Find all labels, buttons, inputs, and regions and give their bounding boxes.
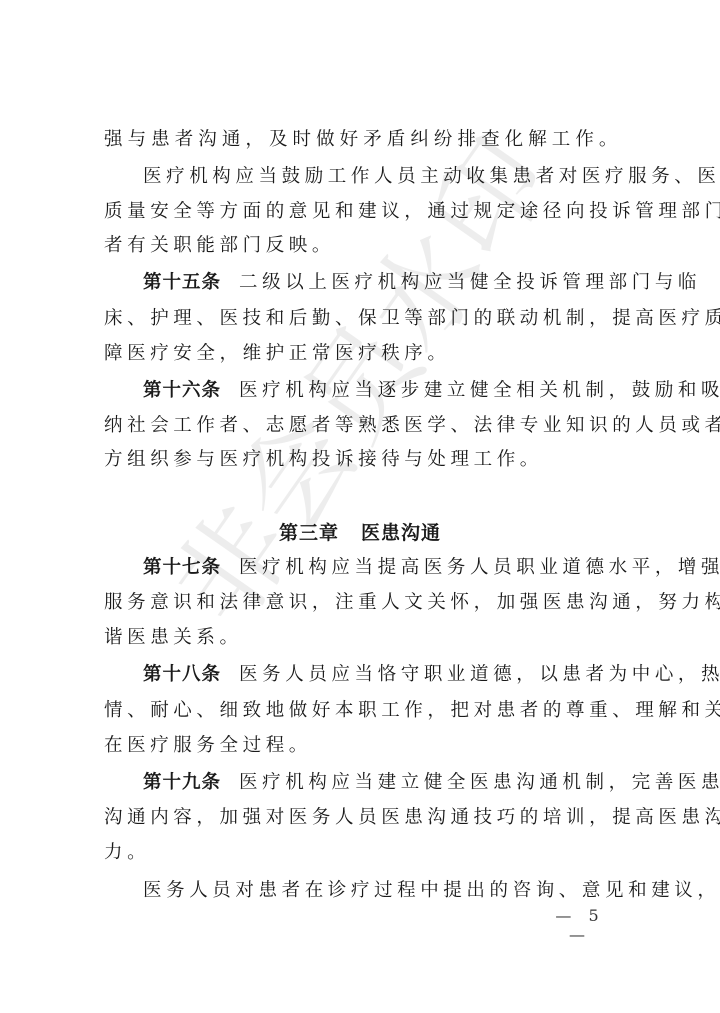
text-line: 服务意识和法律意识，注重人文关怀，加强医患沟通，努力构建和 [104,588,622,618]
text-line: 医务人员对患者在诊疗过程中提出的咨询、意见和建议，应当 [143,876,622,906]
article-text: 医疗机构应当建立健全医患沟通机制，完善医患 [239,772,720,793]
text-line: 情、耐心、细致地做好本职工作，把对患者的尊重、理解和关怀体现 [104,696,622,726]
text-line: 沟通内容，加强对医务人员医患沟通技巧的培训，提高医患沟通能 [104,803,622,833]
article-number: 第十七条 [143,557,221,578]
article-19-line: 第十九条医疗机构应当建立健全医患沟通机制，完善医患 [143,768,622,798]
article-number: 第十九条 [143,772,221,793]
chapter-title: 医患沟通 [361,522,441,544]
text-line: 力。 [104,838,622,868]
article-17-line: 第十七条医疗机构应当提高医务人员职业道德水平，增强 [143,553,622,583]
article-text: 医疗机构应当逐步建立健全相关机制，鼓励和吸 [239,380,720,401]
text-line: 纳社会工作者、志愿者等熟悉医学、法律专业知识的人员或者第三 [104,411,622,441]
text-line: 方组织参与医疗机构投诉接待与处理工作。 [104,445,622,475]
chapter-heading: 第三章医患沟通 [0,518,720,545]
article-15-line: 第十五条二级以上医疗机构应当健全投诉管理部门与临 [143,268,622,298]
article-number: 第十五条 [143,272,221,293]
article-18-line: 第十八条医务人员应当恪守职业道德，以患者为中心，热 [143,660,622,690]
chapter-number: 第三章 [279,522,339,544]
article-text: 医务人员应当恪守职业道德，以患者为中心，热 [239,664,720,685]
document-page: 非会员水印 强与患者沟通，及时做好矛盾纠纷排查化解工作。 医疗机构应当鼓励工作人… [0,0,720,1013]
article-number: 第十六条 [143,380,221,401]
text-line: 医疗机构应当鼓励工作人员主动收集患者对医疗服务、医疗 [143,162,622,192]
article-number: 第十八条 [143,664,221,685]
text-line: 在医疗服务全过程。 [104,731,622,761]
text-line: 障医疗安全，维护正常医疗秩序。 [104,339,622,369]
page-number: — 5 — [540,906,620,944]
text-line: 质量安全等方面的意见和建议，通过规定途径向投诉管理部门或 [104,197,622,227]
text-line: 强与患者沟通，及时做好矛盾纠纷排查化解工作。 [104,125,622,155]
article-16-line: 第十六条医疗机构应当逐步建立健全相关机制，鼓励和吸 [143,376,622,406]
text-line: 谐医患关系。 [104,623,622,653]
article-text: 医疗机构应当提高医务人员职业道德水平，增强 [239,557,720,578]
text-line: 者有关职能部门反映。 [104,231,622,261]
text-line: 床、护理、医技和后勤、保卫等部门的联动机制，提高医疗质量，保 [104,304,622,334]
article-text: 二级以上医疗机构应当健全投诉管理部门与临 [239,272,701,293]
